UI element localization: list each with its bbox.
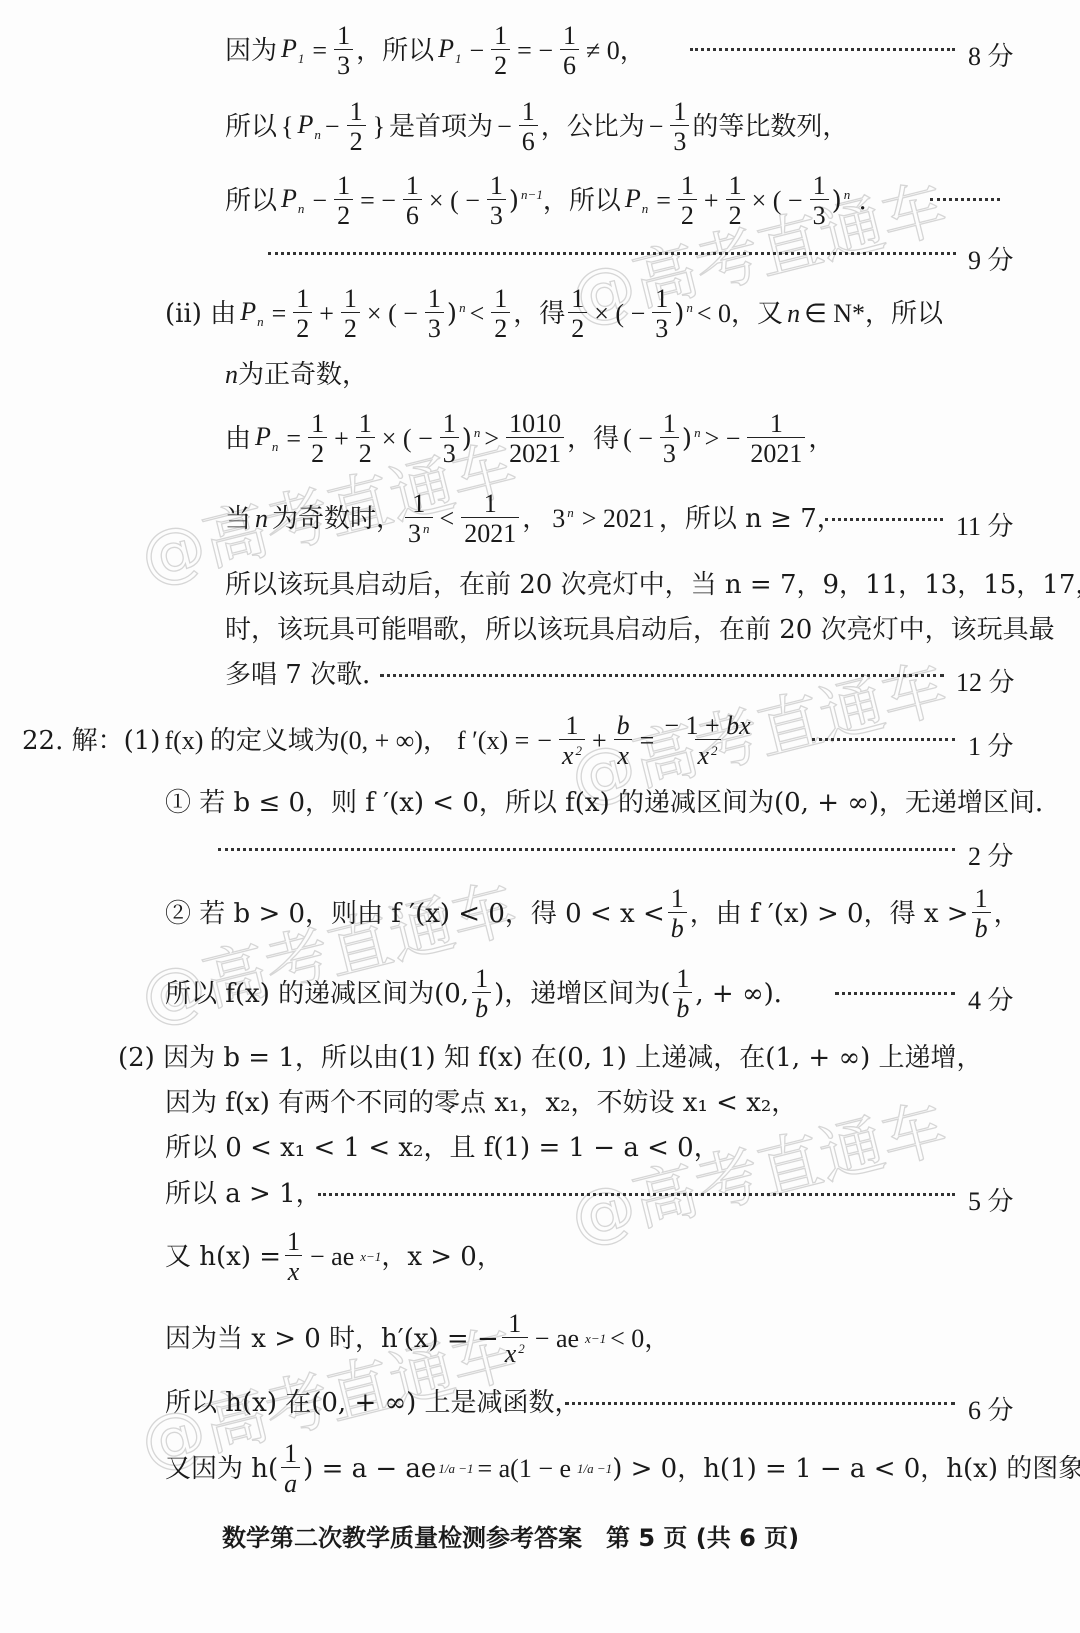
text: f(x) 的定义域为(0, + ∞)， [164,728,449,754]
line-7: 当 n为奇数时， 13n< 12021， 3n> 2021 ，所以 n ≥ 7， [225,490,843,548]
text: 是首项为 [389,114,493,140]
dot-leader [825,518,943,521]
text: 又因为 h( [165,1456,278,1482]
text: ，所以 n ≥ 7， [659,506,843,532]
dot-leader [812,738,955,741]
line-1: 因为 P1= 13 ，所以 P1− 12= − 16 ≠ 0， [225,22,650,80]
dot-leader [268,252,956,255]
line-9: 时，该玩具可能唱歌，所以该玩具启动后，在前 20 次亮灯中，该玩具最 [225,617,1055,643]
text: 所以 f(x) 的递减区间为(0, [165,981,469,1007]
dot-leader [380,674,944,677]
score-label: 8 分 [968,36,1014,73]
page-footer: 数学第二次教学质量检测参考答案 第 5 页 (共 6 页) [222,1518,799,1553]
line-14: 所以 f(x) 的递减区间为(0, 1b )，递增区间为( 1b , + ∞)． [165,965,800,1023]
line-11: 22. 解：(1) f(x) 的定义域为(0, + ∞)， f ′(x) = −… [22,712,757,770]
text: )，递增区间为( [494,981,670,1007]
text: ∈ N*，所以 [804,301,943,327]
text: ，所以 [356,38,434,64]
text: − ae [535,1326,579,1352]
score-label: 5 分 [968,1181,1014,1218]
text: ，得 [513,301,565,327]
dot-leader [318,1193,955,1196]
dot-leader [690,48,955,51]
score-label: 6 分 [968,1390,1014,1427]
dot-leader [565,1402,955,1405]
text: 所以 [225,114,277,140]
text: 的等比数列， [692,114,848,140]
text: ≠ 0， [586,38,646,64]
line-15: (2) 因为 b = 1，所以由(1) 知 f(x) 在(0, 1) 上递减，在… [118,1045,983,1071]
text: 因为当 x > 0 时，h′(x) = − [165,1326,499,1352]
line-10: 多唱 7 次歌． [225,662,388,688]
line-22: 又因为 h( 1a ) = a − ae1/a −1 = a(1 − e1/a … [165,1440,1080,1498]
text: ) > 0，h(1) = 1 − a < 0，h(x) 的图象 [612,1456,1080,1482]
score-label: 1 分 [968,726,1014,763]
line-4: (ⅱ) 由 Pn= 12+ 12× ( − 13)n< 12 ，得 12× ( … [165,285,947,343]
text: 又 h(x) = [165,1244,281,1270]
text: 为奇数时， [272,506,402,532]
text: 当 [225,506,251,532]
line-18: 所以 a > 1， [165,1181,322,1207]
dot-leader [835,992,955,995]
line-8: 所以该玩具启动后，在前 20 次亮灯中，当 n = 7，9，11，13，15，1… [225,572,1080,598]
line-20: 因为当 x > 0 时，h′(x) = − 1x2 − aex−1 < 0， [165,1310,674,1368]
fraction: 13 [334,22,353,80]
line-17: 所以 0 < x₁ < 1 < x₂，且 f(1) = 1 − a < 0， [165,1135,720,1161]
score-label: 2 分 [968,836,1014,873]
text: − ae [310,1244,354,1270]
text: ，公比为 [541,114,645,140]
dot-leader [218,848,955,851]
text: f ′(x) = [457,728,529,754]
line-16: 因为 f(x) 有两个不同的零点 x₁，x₂，不妨设 x₁ < x₂， [165,1090,797,1116]
line-19: 又 h(x) = 1x − aex−1 ，x > 0， [165,1228,503,1286]
line-12: ① 若 b ≤ 0，则 f ′(x) < 0，所以 f(x) 的递减区间为(0,… [165,790,1061,816]
text: ) = a − ae [303,1456,436,1482]
text: (ⅱ) 由 [165,301,236,327]
score-label: 9 分 [968,240,1014,277]
score-label: 4 分 [968,980,1014,1017]
text: ，由 f ′(x) > 0，得 x > [690,901,969,927]
text: 因为 [225,38,277,64]
text: 所以 [225,188,277,214]
text: = a(1 − e [477,1456,571,1482]
line-3: 所以 Pn− 12= − 16× ( − 13)n−1 ，所以 Pn= 12+ … [225,172,867,230]
score-label: 11 分 [956,506,1014,543]
line-13: ② 若 b > 0，则由 f ′(x) < 0，得 0 < x < 1b ，由 … [165,885,1020,943]
line-6: 由 Pn= 12+ 12× ( − 13)n> 10102021 ，得 ( −1… [225,410,834,468]
text: ，x > 0， [381,1244,503,1270]
text: ② 若 b > 0，则由 f ′(x) < 0，得 0 < x < [165,901,665,927]
text: ，所以 [543,188,621,214]
line-5: n为正奇数， [225,362,368,388]
question-number: 22. 解：(1) [22,728,160,754]
text: ，得 [567,426,619,452]
text: 为正奇数， [238,362,368,388]
text: < 0， [610,1326,670,1352]
text: 由 [225,426,251,452]
line-2: 所以 {Pn− 12} 是首项为 −16 ，公比为 −13 的等比数列， [225,98,848,156]
text: < 0，又 [697,301,783,327]
text: > 2021 [582,506,655,532]
dot-leader [930,198,1000,201]
score-label: 12 分 [956,662,1015,699]
line-21: 所以 h(x) 在(0, + ∞) 上是减函数， [165,1390,581,1416]
text: , + ∞)． [695,981,799,1007]
